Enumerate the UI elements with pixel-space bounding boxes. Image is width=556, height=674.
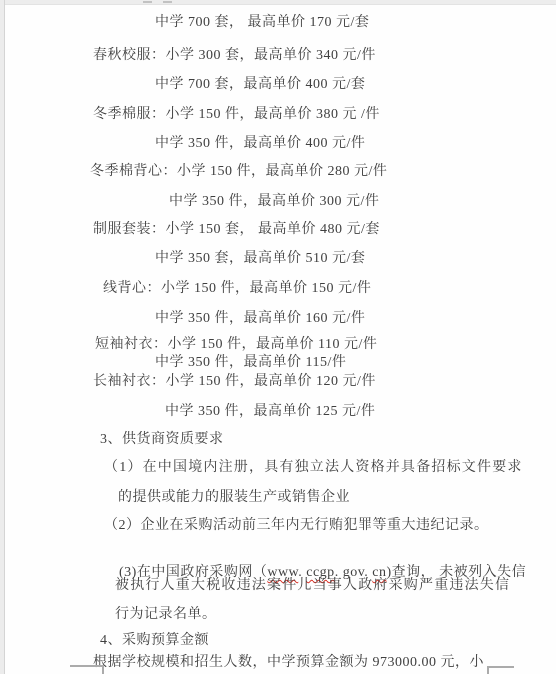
price-line-long-sleeve-shirt-primary: 长袖衬衣：小学 150 件，最高单价 120 元/件 bbox=[93, 373, 376, 391]
requirement-item-1: （1）在中国境内注册，具有独立法人资格并具备招标文件要求 bbox=[104, 459, 523, 477]
top-edge-mark bbox=[143, 1, 152, 3]
price-line-spring-autumn-uniform-primary: 春秋校服：小学 300 套，最高单价 340 元/件 bbox=[93, 47, 376, 65]
price-line-short-sleeve-shirt-primary: 短袖衬衣：小学 150 件，最高单价 110 元/件 bbox=[95, 336, 377, 354]
requirement-item-2: （2）企业在采购活动前三年内无行贿犯罪等重大违纪记录。 bbox=[104, 517, 489, 535]
price-line-winter-cotton-vest-primary: 冬季棉背心：小学 150 件，最高单价 280 元/件 bbox=[90, 163, 387, 181]
price-line-winter-cotton-coat-primary: 冬季棉服：小学 150 件，最高单价 380 元 /件 bbox=[93, 106, 380, 124]
section-heading-procurement-budget: 4、采购预算金额 bbox=[100, 632, 209, 650]
price-line-knit-vest-middle: 中学 350 件，最高单价 160 元/件 bbox=[155, 310, 365, 328]
document-page: 中学 700 套， 最高单价 170 元/套 春秋校服：小学 300 套，最高单… bbox=[0, 0, 556, 674]
price-line-long-sleeve-shirt-middle: 中学 350 件，最高单价 125 元/件 bbox=[165, 403, 375, 421]
price-line-middle-school-winter-uniform: 中学 700 套， 最高单价 170 元/套 bbox=[155, 14, 369, 32]
requirement-item-3-end: 行为记录名单。 bbox=[115, 606, 217, 624]
requirement-item-1-continued: 的提供或能力的服装生产或销售企业 bbox=[118, 489, 350, 507]
page-top-edge bbox=[0, 0, 556, 5]
budget-amount-line: 根据学校规模和招生人数，中学预算金额为 973000.00 元，小 bbox=[93, 654, 484, 672]
page-left-gutter bbox=[0, 0, 5, 674]
price-line-knit-vest-primary: 线背心：小学 150 件，最高单价 150 元/件 bbox=[103, 280, 371, 298]
price-line-winter-cotton-coat-middle: 中学 350 件，最高单价 400 元/件 bbox=[155, 135, 365, 153]
price-line-spring-autumn-uniform-middle: 中学 700 套，最高单价 400 元/套 bbox=[155, 76, 365, 94]
price-line-short-sleeve-shirt-middle: 中学 350 件，最高单价 115/件 bbox=[155, 354, 346, 372]
section-heading-supplier-qualifications: 3、供货商资质要求 bbox=[100, 431, 224, 449]
price-line-uniform-suit-middle: 中学 350 套，最高单价 510 元/套 bbox=[155, 250, 365, 268]
price-line-winter-cotton-vest-middle: 中学 350 件，最高单价 300 元/件 bbox=[169, 193, 379, 211]
requirement-item-3-continued: 被执行人重大税收违法案件儿当事人政府采购严重违法失信 bbox=[115, 577, 510, 595]
top-edge-mark bbox=[163, 1, 172, 3]
price-line-uniform-suit-primary: 制服套装：小学 150 套， 最高单价 480 元/套 bbox=[93, 221, 380, 239]
